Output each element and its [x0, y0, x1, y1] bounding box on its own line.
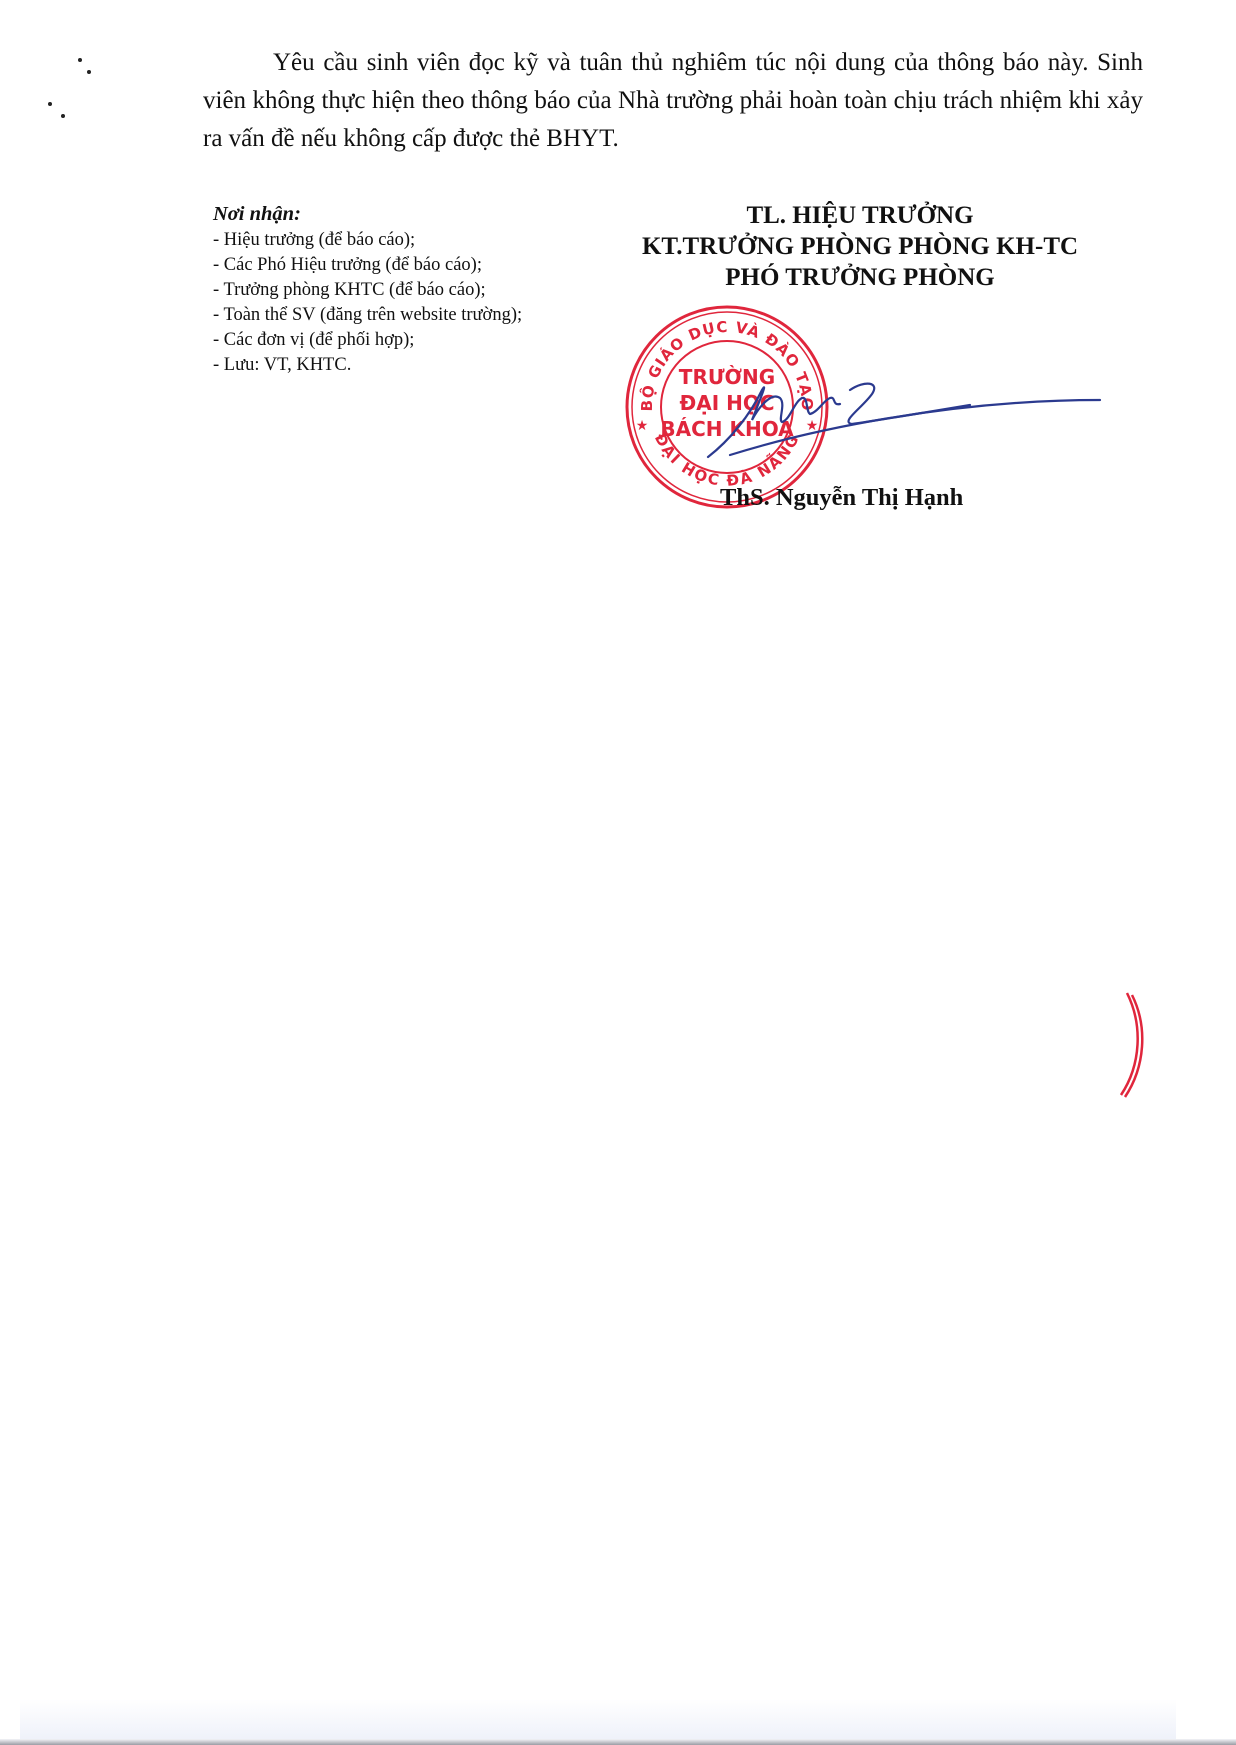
scan-bottom-edge: [0, 1739, 1236, 1745]
recipient-item: - Lưu: VT, KHTC.: [213, 353, 613, 378]
page-seal-edge-icon: [1115, 985, 1155, 1100]
recipients-list: Nơi nhận: - Hiệu trưởng (để báo cáo); - …: [213, 200, 613, 378]
signature-title-2: KT.TRƯỞNG PHÒNG PHÒNG KH-TC: [600, 231, 1120, 262]
signer-name: ThS. Nguyễn Thị Hạnh: [720, 484, 963, 512]
recipients-title: Nơi nhận:: [213, 200, 613, 228]
handwritten-signature-icon: [690, 360, 1110, 470]
stamp-star-left: ★: [636, 418, 649, 434]
recipient-item: - Các đơn vị (để phối hợp);: [213, 328, 613, 353]
signature-title-1: TL. HIỆU TRƯỞNG: [600, 200, 1120, 231]
signature-block: TL. HIỆU TRƯỞNG KT.TRƯỞNG PHÒNG PHÒNG KH…: [600, 200, 1120, 293]
scan-bottom-haze: [20, 1699, 1176, 1739]
recipient-item: - Hiệu trưởng (để báo cáo);: [213, 228, 613, 253]
closing-paragraph: Yêu cầu sinh viên đọc kỹ và tuân thủ ngh…: [203, 44, 1143, 158]
recipient-item: - Các Phó Hiệu trưởng (để báo cáo);: [213, 253, 613, 278]
recipient-item: - Toàn thể SV (đăng trên website trường)…: [213, 303, 613, 328]
document-page: Yêu cầu sinh viên đọc kỹ và tuân thủ ngh…: [0, 0, 1236, 1745]
recipient-item: - Trưởng phòng KHTC (để báo cáo);: [213, 278, 613, 303]
signature-title-3: PHÓ TRƯỞNG PHÒNG: [600, 262, 1120, 293]
